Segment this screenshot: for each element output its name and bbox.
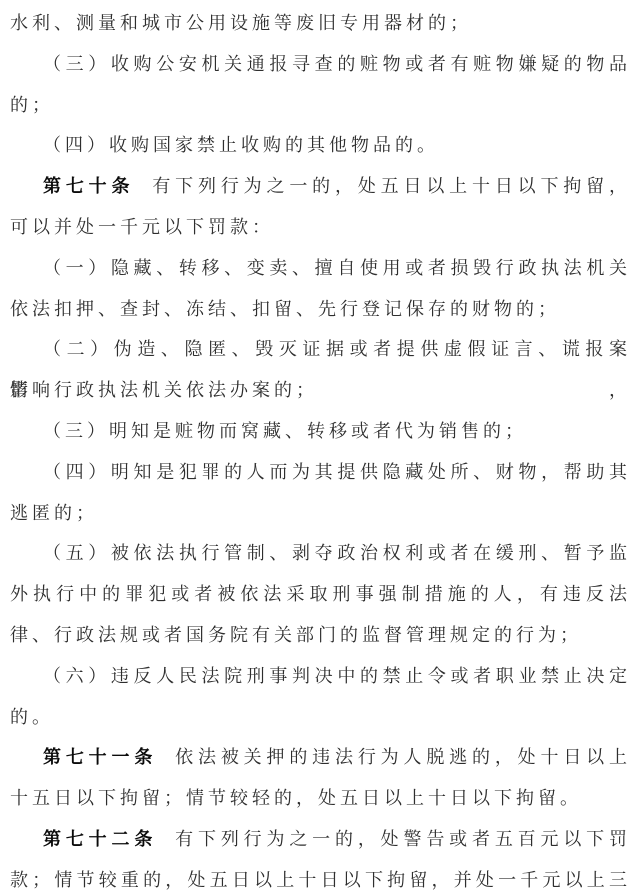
text-segment: 可以并处一千元以下罚款：: [10, 217, 274, 237]
text-line: （二）伪造、隐匿、毁灭证据或者提供虚假证言、谎报案情，: [10, 329, 631, 370]
text-segment: 的；: [10, 95, 54, 115]
law-document-page: 水利、测量和城市公用设施等废旧专用器材的；（三）收购公安机关通报寻查的赃物或者有…: [0, 0, 640, 895]
text-segment: 十五日以下拘留；情节较轻的，处五日以上十日以下拘留。: [10, 788, 582, 808]
text-segment: （三）收购公安机关通报寻查的赃物或者有赃物嫌疑的物品: [43, 54, 631, 74]
text-line: 十五日以下拘留；情节较轻的，处五日以上十日以下拘留。: [10, 778, 631, 819]
text-segment: 的。: [10, 707, 54, 727]
text-segment: （五）被依法执行管制、剥夺政治权利或者在缓刑、暂予监: [43, 543, 631, 563]
text-segment: 依法扣押、查封、冻结、扣留、先行登记保存的财物的；: [10, 299, 560, 319]
text-line: 外执行中的罪犯或者被依法采取刑事强制措施的人，有违反法: [10, 574, 631, 615]
text-line: 的。: [10, 697, 631, 738]
text-line: （一）隐藏、转移、变卖、擅自使用或者损毁行政执法机关: [10, 248, 631, 289]
text-segment: （四）明知是犯罪的人而为其提供隐藏处所、财物，帮助其: [43, 462, 631, 482]
text-line: 水利、测量和城市公用设施等废旧专用器材的；: [10, 3, 631, 44]
text-segment: 水利、测量和城市公用设施等废旧专用器材的；: [10, 13, 472, 33]
text-segment: （一）隐藏、转移、变卖、擅自使用或者损毁行政执法机关: [43, 258, 631, 278]
text-segment: 外执行中的罪犯或者被依法采取刑事强制措施的人，有违反法: [10, 584, 631, 604]
text-line: （四）明知是犯罪的人而为其提供隐藏处所、财物，帮助其: [10, 452, 631, 493]
text-segment: 律、行政法规或者国务院有关部门的监督管理规定的行为；: [10, 625, 582, 645]
text-segment: 款；情节较重的，处五日以上十日以下拘留，并处一千元以上三: [10, 870, 631, 890]
text-line: 第七十条有下列行为之一的，处五日以上十日以下拘留，: [10, 166, 631, 207]
text-segment: 逃匿的；: [10, 503, 98, 523]
text-line: （三）明知是赃物而窝藏、转移或者代为销售的；: [10, 411, 631, 452]
text-segment: 有下列行为之一的，处警告或者五百元以下罚: [175, 829, 631, 849]
text-line: （五）被依法执行管制、剥夺政治权利或者在缓刑、暂予监: [10, 533, 631, 574]
text-segment: （四）收购国家禁止收购的其他物品的。: [43, 135, 439, 155]
article-number: 第七十一条: [43, 747, 157, 767]
text-line: （三）收购公安机关通报寻查的赃物或者有赃物嫌疑的物品: [10, 44, 631, 85]
text-line: 的；: [10, 85, 631, 126]
text-line: 逃匿的；: [10, 493, 631, 534]
text-line: 依法扣押、查封、冻结、扣留、先行登记保存的财物的；: [10, 289, 631, 330]
article-number: 第七十条: [43, 176, 134, 196]
text-line: 可以并处一千元以下罚款：: [10, 207, 631, 248]
text-line: 第七十一条依法被关押的违法行为人脱逃的，处十日以上: [10, 737, 631, 778]
text-lines: 水利、测量和城市公用设施等废旧专用器材的；（三）收购公安机关通报寻查的赃物或者有…: [10, 3, 631, 895]
text-line: 第七十二条有下列行为之一的，处警告或者五百元以下罚: [10, 819, 631, 860]
text-line: 款；情节较重的，处五日以上十日以下拘留，并处一千元以上三: [10, 860, 631, 895]
text-line: （四）收购国家禁止收购的其他物品的。: [10, 125, 631, 166]
article-number: 第七十二条: [43, 829, 157, 849]
text-segment: 影响行政执法机关依法办案的；: [10, 380, 318, 400]
text-line: （六）违反人民法院刑事判决中的禁止令或者职业禁止决定: [10, 656, 631, 697]
text-segment: （六）违反人民法院刑事判决中的禁止令或者职业禁止决定: [43, 666, 631, 686]
text-segment: 有下列行为之一的，处五日以上十日以下拘留，: [152, 176, 631, 196]
text-segment: （三）明知是赃物而窝藏、转移或者代为销售的；: [43, 421, 527, 441]
text-line: 律、行政法规或者国务院有关部门的监督管理规定的行为；: [10, 615, 631, 656]
text-segment: 依法被关押的违法行为人脱逃的，处十日以上: [175, 747, 631, 767]
